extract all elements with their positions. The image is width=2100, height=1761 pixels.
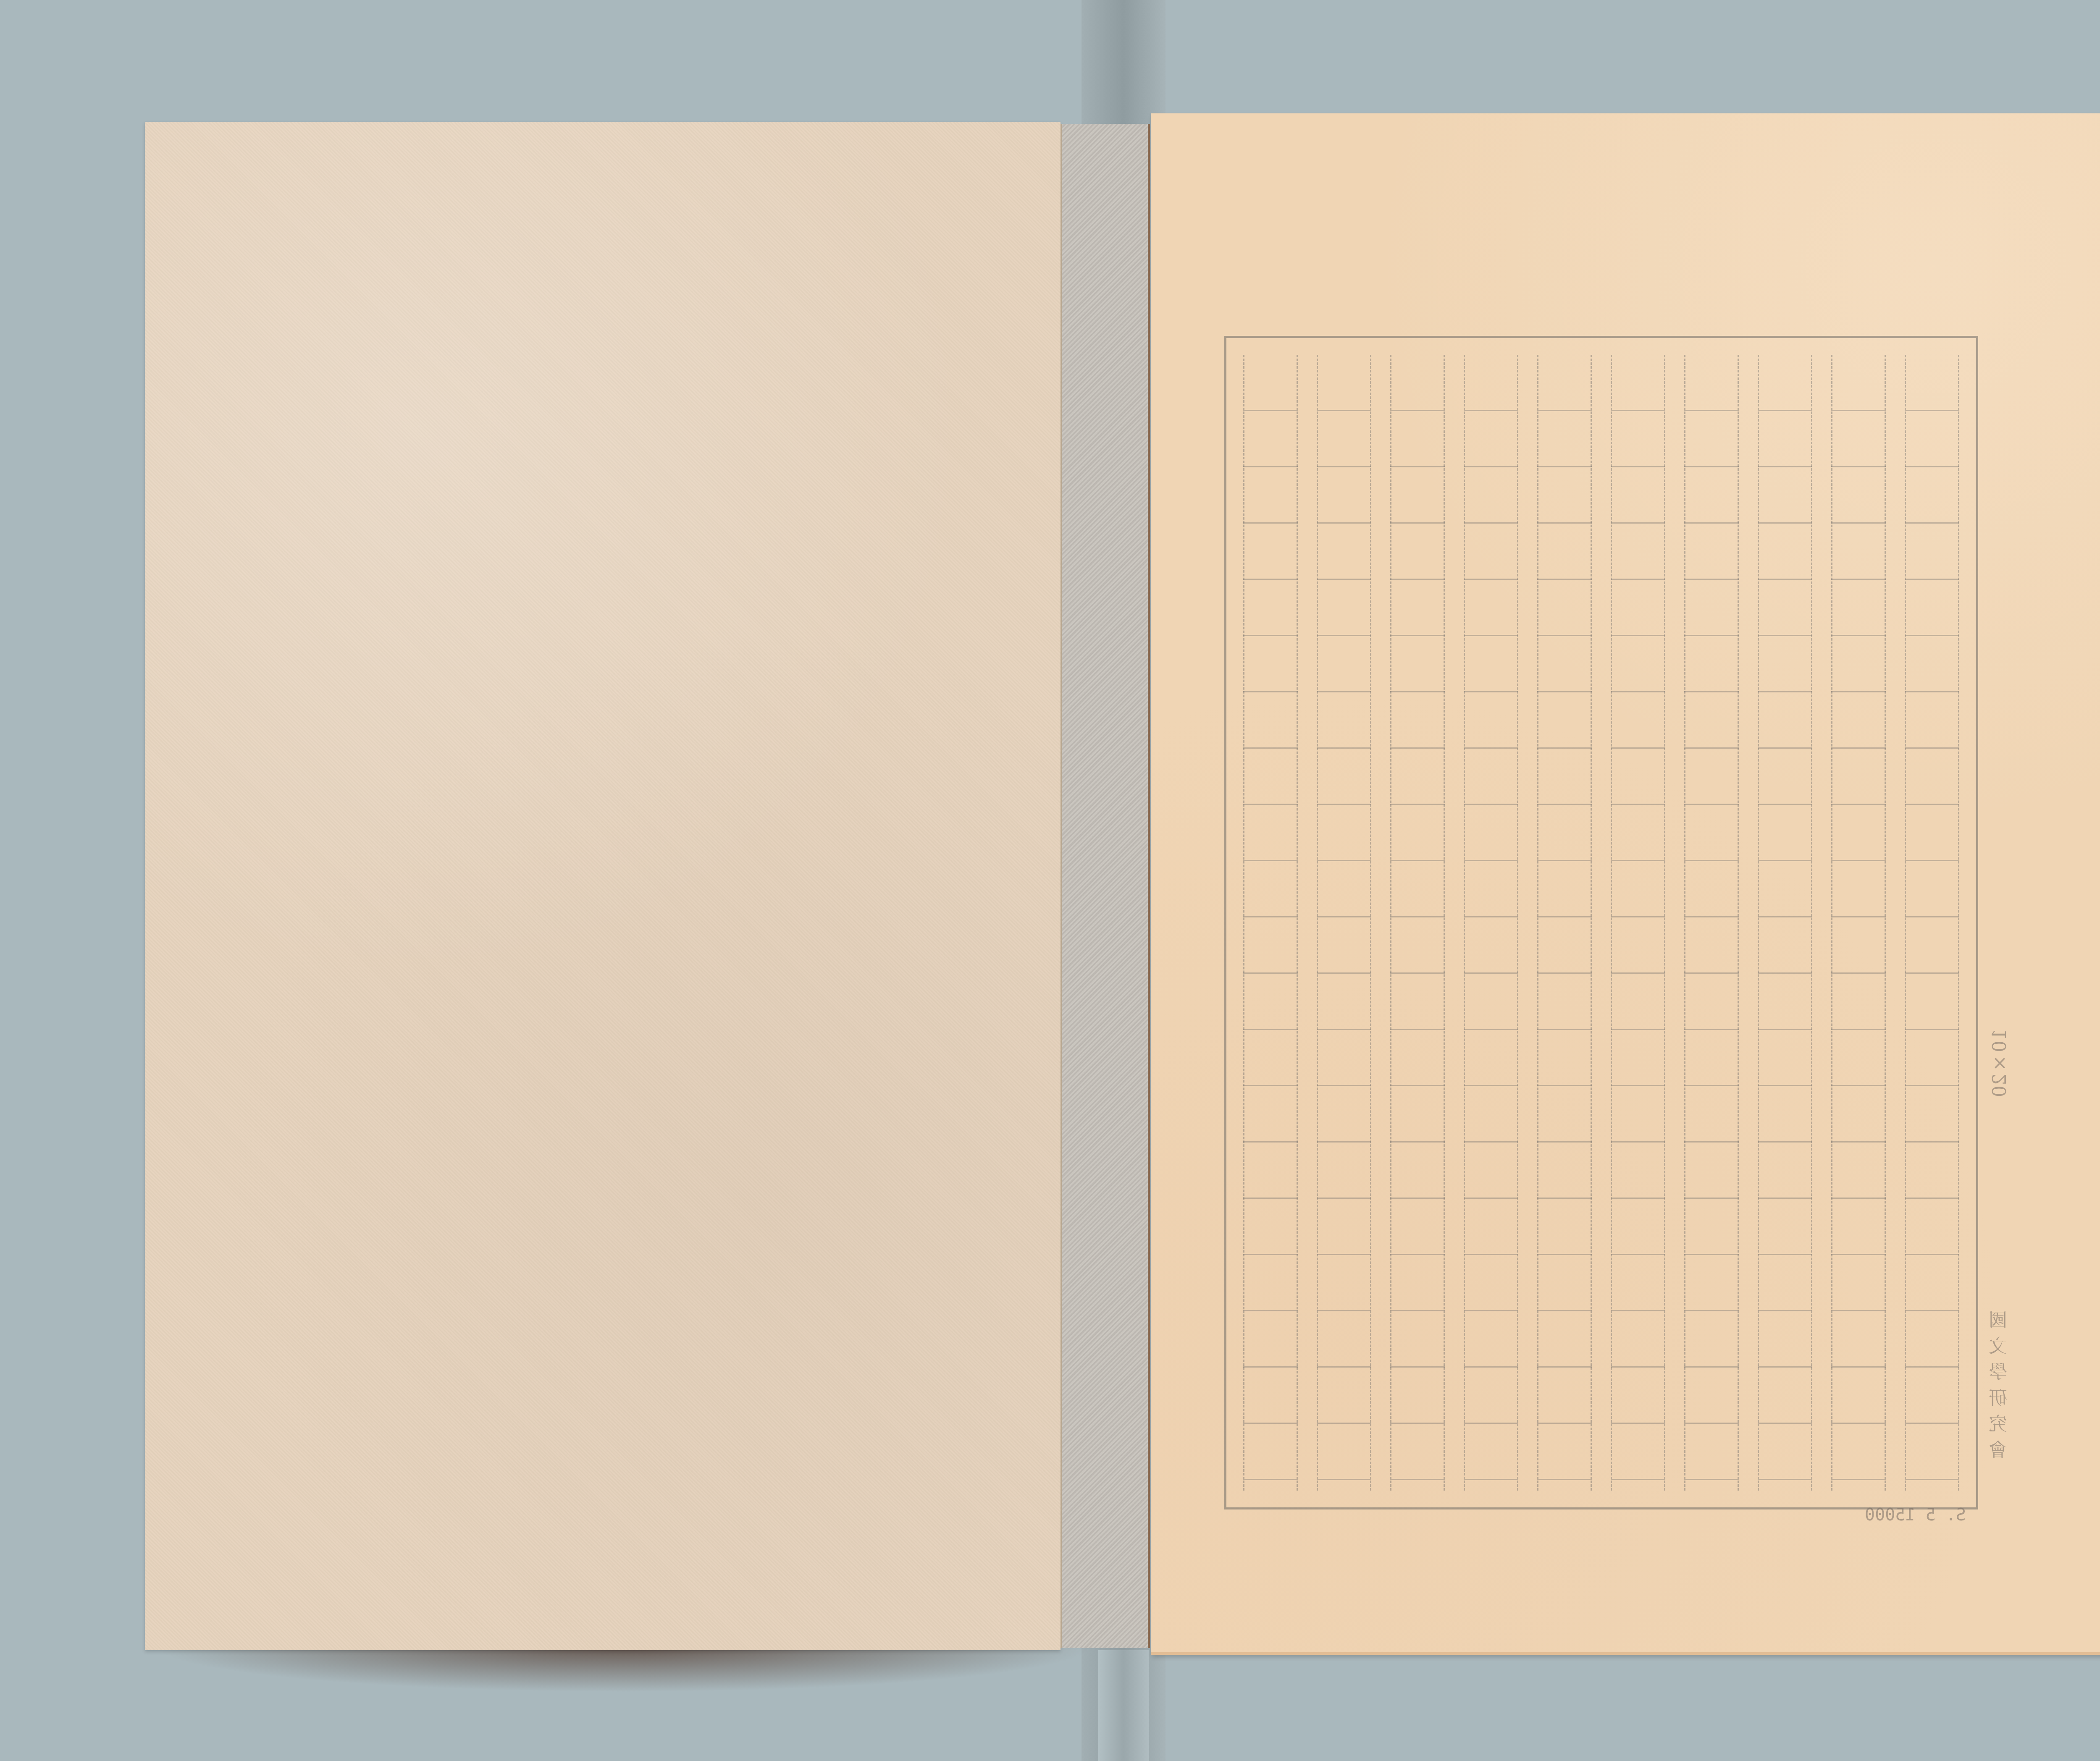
grid-column — [1831, 355, 1886, 1491]
grid-column — [1390, 355, 1445, 1491]
grid-column — [1317, 355, 1371, 1491]
grid-column — [1243, 355, 1298, 1491]
left-page-blank — [145, 122, 1060, 1650]
grid-column — [1905, 355, 1959, 1491]
grid-column — [1537, 355, 1592, 1491]
manuscript-grid — [1224, 336, 1978, 1509]
grid-column — [1758, 355, 1812, 1491]
page-shadow — [151, 1646, 1096, 1692]
grid-column — [1611, 355, 1665, 1491]
grid-size-label: 10×20 — [1991, 1029, 2009, 1097]
spine-tape — [1060, 124, 1150, 1648]
publisher-label: 國文學研究會 — [1991, 1310, 2009, 1466]
background-crease-bottom — [1098, 1650, 1149, 1761]
print-code: S. 5 15000 — [1865, 1505, 1966, 1525]
grid-column — [1464, 355, 1518, 1491]
grid-column — [1684, 355, 1739, 1491]
grid-columns — [1243, 355, 1959, 1491]
